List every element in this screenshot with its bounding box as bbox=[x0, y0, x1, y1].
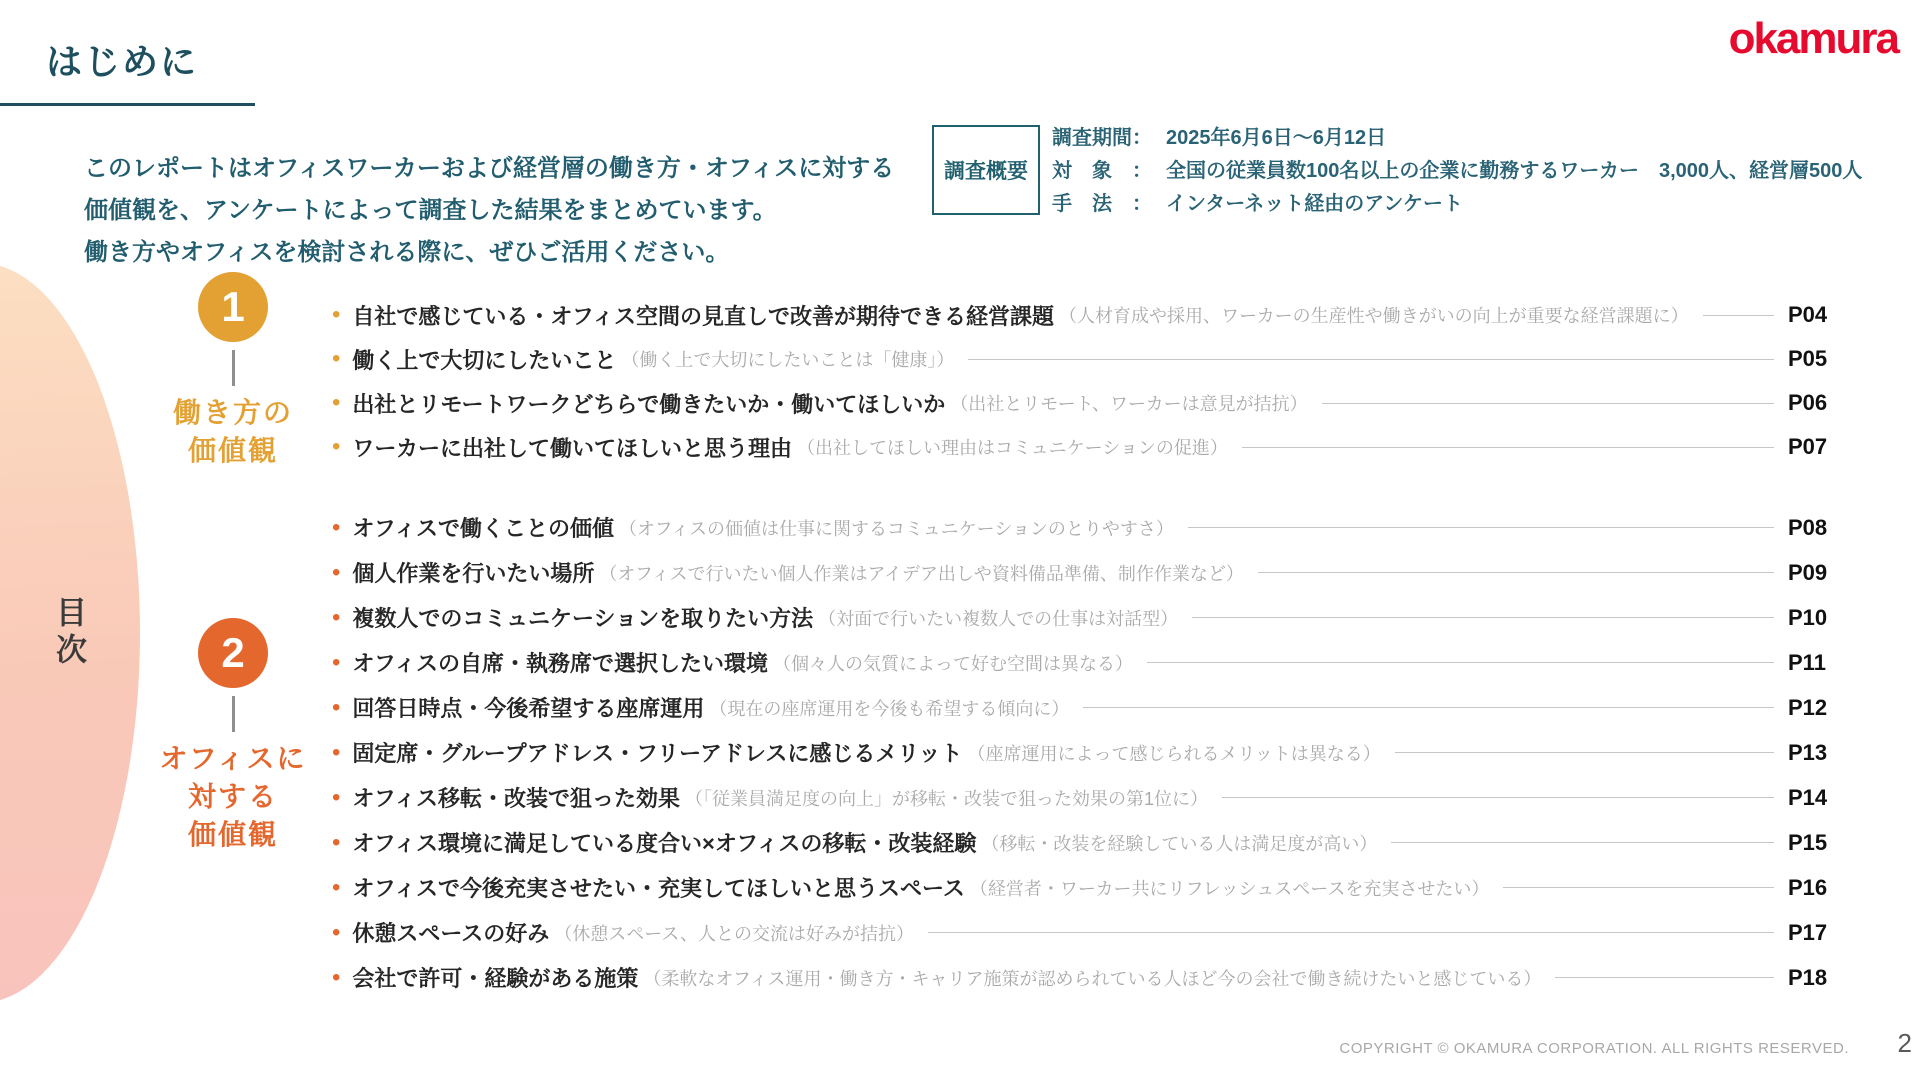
toc-item-note: （柔軟なオフィス運用・働き方・キャリア施策が認められている人ほど今の会社で働き続… bbox=[643, 965, 1541, 991]
section-label-line: オフィスに bbox=[148, 740, 318, 778]
slide: はじめに okamura このレポートはオフィスワーカーおよび経営層の働き方・オ… bbox=[0, 0, 1920, 1080]
toc-item-title: 固定席・グループアドレス・フリーアドレスに感じるメリット bbox=[352, 737, 962, 768]
toc-item-note: （個々人の気質によって好む空間は異なる） bbox=[773, 650, 1133, 676]
toc-item[interactable]: • ワーカーに出社して働いてほしいと思う理由 （出社してほしい理由はコミュニケー… bbox=[332, 425, 1838, 469]
toc-item-note: （オフィスの価値は仕事に関するコミュニケーションのとりやすさ） bbox=[619, 515, 1174, 541]
survey-row-value: 2025年6月6日～6月12日 bbox=[1166, 122, 1386, 155]
okamura-logo: okamura bbox=[1729, 14, 1898, 64]
intro-line: このレポートはオフィスワーカーおよび経営層の働き方・オフィスに対する bbox=[84, 148, 894, 190]
toc-item-title: 自社で感じている・オフィス空間の見直しで改善が期待できる経営課題 bbox=[352, 300, 1054, 331]
toc-item-title: 働く上で大切にしたいこと bbox=[352, 344, 616, 375]
bullet-icon: • bbox=[332, 966, 340, 990]
toc-item-note: （対面で行いたい複数人での仕事は対話型） bbox=[818, 605, 1178, 631]
toc-item-title: 回答日時点・今後希望する座席運用 bbox=[352, 692, 704, 723]
section-label-line: 価値観 bbox=[148, 432, 318, 470]
slide-number: 2 bbox=[1898, 1028, 1912, 1059]
toc-item-note: （現在の座席運用を今後も希望する傾向に） bbox=[709, 695, 1069, 721]
bullet-icon: • bbox=[332, 696, 340, 720]
page-ref: P13 bbox=[1788, 740, 1838, 766]
page-ref: P11 bbox=[1788, 650, 1838, 676]
survey-box-label: 調査概要 bbox=[944, 155, 1028, 185]
toc-item-title: オフィス移転・改装で狙った効果 bbox=[352, 782, 680, 813]
page-ref: P14 bbox=[1788, 785, 1838, 811]
toc-item[interactable]: • 働く上で大切にしたいこと （働く上で大切にしたいことは「健康」） P05 bbox=[332, 337, 1838, 381]
bullet-icon: • bbox=[332, 606, 340, 630]
leader-line bbox=[928, 932, 1774, 933]
bullet-icon: • bbox=[332, 786, 340, 810]
leader-line bbox=[968, 359, 1774, 360]
page-ref: P04 bbox=[1788, 302, 1838, 328]
section-label-line: 働き方の bbox=[148, 394, 318, 432]
toc-section-1: • 自社で感じている・オフィス空間の見直しで改善が期待できる経営課題 （人材育成… bbox=[332, 293, 1838, 469]
toc-side-label: 目次 bbox=[46, 596, 91, 670]
footer-copyright: COPYRIGHT © OKAMURA CORPORATION. ALL RIG… bbox=[1339, 1040, 1849, 1057]
leader-line bbox=[1395, 752, 1774, 753]
survey-row-label: 対 象 ： bbox=[1052, 155, 1152, 188]
toc-item-note: （オフィスで行いたい個人作業はアイデア出しや資料備品準備、制作作業など） bbox=[599, 560, 1243, 586]
toc-item[interactable]: • 出社とリモートワークどちらで働きたいか・働いてほしいか （出社とリモート、ワ… bbox=[332, 381, 1838, 425]
bullet-icon: • bbox=[332, 561, 340, 585]
survey-row-value: インターネット経由のアンケート bbox=[1166, 188, 1463, 221]
section-number-circle: 2 bbox=[198, 618, 268, 688]
page-ref: P09 bbox=[1788, 560, 1838, 586]
bullet-icon: • bbox=[332, 831, 340, 855]
survey-row: 手 法 ： インターネット経由のアンケート bbox=[1052, 188, 1862, 221]
intro-text: このレポートはオフィスワーカーおよび経営層の働き方・オフィスに対する価値観を、ア… bbox=[84, 148, 894, 274]
leader-line bbox=[1322, 403, 1774, 404]
toc-item-note: （「従業員満足度の向上」が移転・改装で狙った効果の第1位に） bbox=[685, 785, 1208, 811]
survey-overview-box: 調査概要 bbox=[932, 125, 1040, 215]
bullet-icon: • bbox=[332, 303, 340, 327]
toc-item-title: 休憩スペースの好み bbox=[352, 917, 549, 948]
bullet-icon: • bbox=[332, 651, 340, 675]
section-number-circle: 1 bbox=[198, 272, 268, 342]
toc-item-title: オフィスで働くことの価値 bbox=[352, 512, 614, 543]
page-ref: P08 bbox=[1788, 515, 1838, 541]
toc-item-title: 会社で許可・経験がある施策 bbox=[352, 962, 638, 993]
toc-item[interactable]: • 個人作業を行いたい場所 （オフィスで行いたい個人作業はアイデア出しや資料備品… bbox=[332, 550, 1838, 595]
toc: • 自社で感じている・オフィス空間の見直しで改善が期待できる経営課題 （人材育成… bbox=[332, 293, 1838, 1000]
section-label-line: 対する bbox=[148, 778, 318, 816]
toc-item-note: （休憩スペース、人との交流は好みが拮抗） bbox=[554, 920, 914, 946]
toc-item[interactable]: • 固定席・グループアドレス・フリーアドレスに感じるメリット （座席運用によって… bbox=[332, 730, 1838, 775]
bullet-icon: • bbox=[332, 741, 340, 765]
survey-row-label: 調査期間： bbox=[1052, 122, 1152, 155]
toc-item[interactable]: • 休憩スペースの好み （休憩スペース、人との交流は好みが拮抗） P17 bbox=[332, 910, 1838, 955]
survey-row-value: 全国の従業員数100名以上の企業に勤務するワーカー 3,000人、経営層500人 bbox=[1166, 155, 1862, 188]
leader-line bbox=[1503, 887, 1774, 888]
section-marker: 1 働き方の価値観 bbox=[148, 272, 318, 470]
toc-item[interactable]: • 会社で許可・経験がある施策 （柔軟なオフィス運用・働き方・キャリア施策が認め… bbox=[332, 955, 1838, 1000]
survey-details: 調査期間： 2025年6月6日～6月12日 対 象 ： 全国の従業員数100名以… bbox=[1052, 122, 1862, 221]
leader-line bbox=[1188, 527, 1774, 528]
bullet-icon: • bbox=[332, 921, 340, 945]
toc-item[interactable]: • オフィス環境に満足している度合い×オフィスの移転・改装経験 （移転・改装を経… bbox=[332, 820, 1838, 865]
page-ref: P07 bbox=[1788, 434, 1838, 460]
section-marker: 2 オフィスに対する価値観 bbox=[148, 618, 318, 854]
page-ref: P12 bbox=[1788, 695, 1838, 721]
page-ref: P05 bbox=[1788, 346, 1838, 372]
toc-item[interactable]: • オフィスで働くことの価値 （オフィスの価値は仕事に関するコミュニケーションの… bbox=[332, 505, 1838, 550]
toc-item-title: オフィスの自席・執務席で選択したい環境 bbox=[352, 647, 768, 678]
bullet-icon: • bbox=[332, 876, 340, 900]
toc-item[interactable]: • 複数人でのコミュニケーションを取りたい方法 （対面で行いたい複数人での仕事は… bbox=[332, 595, 1838, 640]
page-ref: P06 bbox=[1788, 390, 1838, 416]
page-ref: P15 bbox=[1788, 830, 1838, 856]
section-label: オフィスに対する価値観 bbox=[148, 740, 318, 854]
leader-line bbox=[1703, 315, 1774, 316]
section-connector-line bbox=[232, 350, 235, 386]
bullet-icon: • bbox=[332, 516, 340, 540]
toc-item[interactable]: • 回答日時点・今後希望する座席運用 （現在の座席運用を今後も希望する傾向に） … bbox=[332, 685, 1838, 730]
leader-line bbox=[1083, 707, 1774, 708]
page-ref: P16 bbox=[1788, 875, 1838, 901]
toc-item-title: オフィス環境に満足している度合い×オフィスの移転・改装経験 bbox=[352, 827, 976, 858]
bullet-icon: • bbox=[332, 347, 340, 371]
leader-line bbox=[1222, 797, 1774, 798]
bullet-icon: • bbox=[332, 391, 340, 415]
section-connector-line bbox=[232, 696, 235, 732]
toc-item-title: 複数人でのコミュニケーションを取りたい方法 bbox=[352, 602, 813, 633]
survey-row: 対 象 ： 全国の従業員数100名以上の企業に勤務するワーカー 3,000人、経… bbox=[1052, 155, 1862, 188]
toc-item-note: （座席運用によって感じられるメリットは異なる） bbox=[967, 740, 1380, 766]
leader-line bbox=[1258, 572, 1774, 573]
toc-item-note: （人材育成や採用、ワーカーの生産性や働きがいの向上が重要な経営課題に） bbox=[1059, 302, 1689, 328]
leader-line bbox=[1242, 447, 1774, 448]
toc-item-title: オフィスで今後充実させたい・充実してほしいと思うスペース bbox=[352, 872, 964, 903]
intro-line: 価値観を、アンケートによって調査した結果をまとめています。 bbox=[84, 190, 894, 232]
toc-item[interactable]: • 自社で感じている・オフィス空間の見直しで改善が期待できる経営課題 （人材育成… bbox=[332, 293, 1838, 337]
intro-line: 働き方やオフィスを検討される際に、ぜひご活用ください。 bbox=[84, 232, 894, 274]
leader-line bbox=[1147, 662, 1774, 663]
toc-item-title: 個人作業を行いたい場所 bbox=[352, 557, 594, 588]
leader-line bbox=[1555, 977, 1774, 978]
toc-item-note: （移転・改装を経験している人は満足度が高い） bbox=[981, 830, 1377, 856]
section-label-line: 価値観 bbox=[148, 816, 318, 854]
toc-item-note: （出社してほしい理由はコミュニケーションの促進） bbox=[797, 434, 1228, 460]
leader-line bbox=[1391, 842, 1774, 843]
page-ref: P18 bbox=[1788, 965, 1838, 991]
toc-item-note: （出社とリモート、ワーカーは意見が拮抗） bbox=[950, 390, 1307, 416]
survey-row-label: 手 法 ： bbox=[1052, 188, 1152, 221]
toc-item-title: 出社とリモートワークどちらで働きたいか・働いてほしいか bbox=[352, 388, 945, 419]
toc-item[interactable]: • オフィスで今後充実させたい・充実してほしいと思うスペース （経営者・ワーカー… bbox=[332, 865, 1838, 910]
section-label: 働き方の価値観 bbox=[148, 394, 318, 470]
leader-line bbox=[1192, 617, 1774, 618]
title-underline bbox=[0, 103, 255, 106]
page-title: はじめに bbox=[46, 34, 198, 85]
page-ref: P17 bbox=[1788, 920, 1838, 946]
bullet-icon: • bbox=[332, 435, 340, 459]
toc-item-note: （経営者・ワーカー共にリフレッシュスペースを充実させたい） bbox=[970, 875, 1489, 901]
page-ref: P10 bbox=[1788, 605, 1838, 631]
survey-row: 調査期間： 2025年6月6日～6月12日 bbox=[1052, 122, 1862, 155]
toc-item[interactable]: • オフィスの自席・執務席で選択したい環境 （個々人の気質によって好む空間は異な… bbox=[332, 640, 1838, 685]
toc-item-note: （働く上で大切にしたいことは「健康」） bbox=[621, 346, 954, 372]
toc-section-2: • オフィスで働くことの価値 （オフィスの価値は仕事に関するコミュニケーションの… bbox=[332, 505, 1838, 1000]
toc-item-title: ワーカーに出社して働いてほしいと思う理由 bbox=[352, 432, 792, 463]
toc-item[interactable]: • オフィス移転・改装で狙った効果 （「従業員満足度の向上」が移転・改装で狙った… bbox=[332, 775, 1838, 820]
